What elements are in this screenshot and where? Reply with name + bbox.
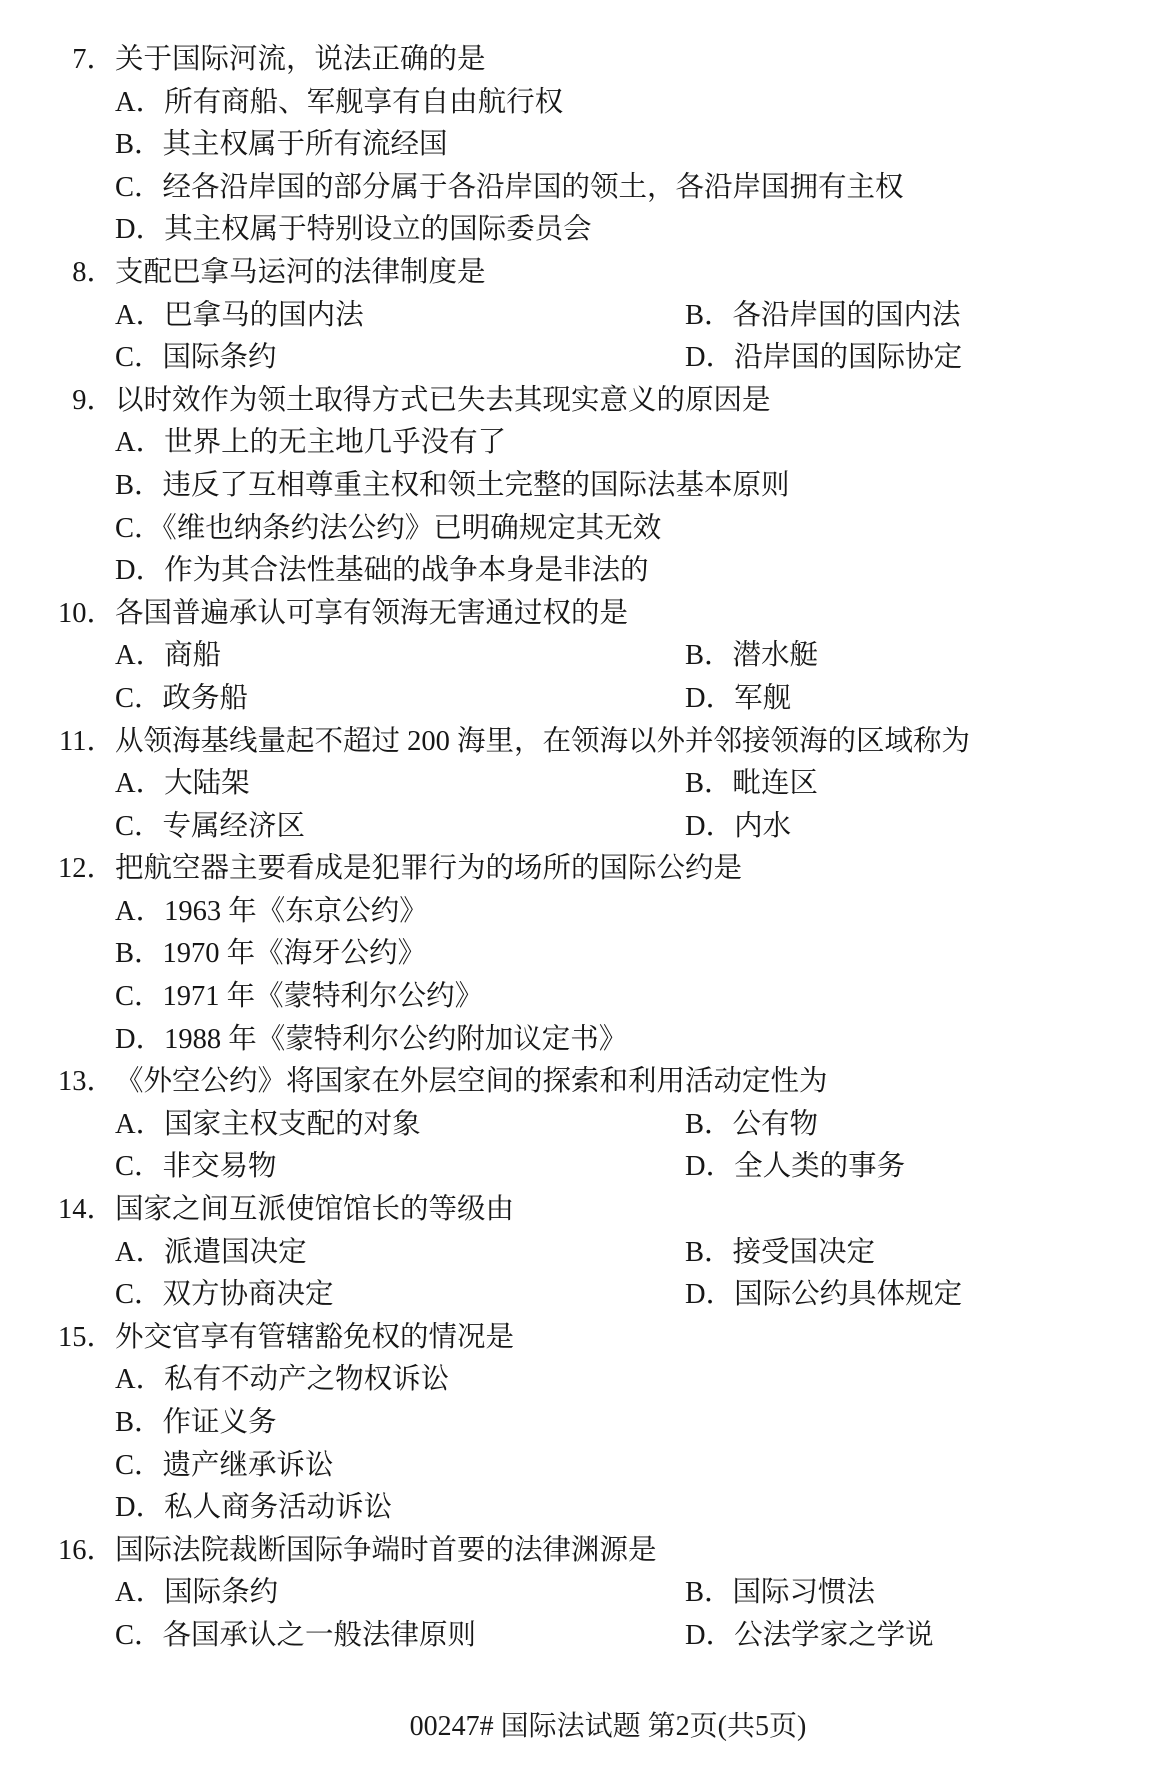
option-text: 1970 年《海牙公约》 — [163, 938, 427, 969]
q12-stem-row: 12．把航空器主要看成是犯罪行为的场所的国际公约是 — [0, 848, 1152, 891]
q8-option-row-ab: A．巴拿马的国内法B．各沿岸国的国内法 — [0, 295, 1152, 338]
exam-page: 7．关于国际河流，说法正确的是 A．所有商船、军舰享有自由航行权 B．其主权属于… — [0, 0, 1152, 1783]
option-label: A． — [115, 640, 164, 671]
option-text: 商船 — [164, 640, 221, 671]
option-text: 公法学家之学说 — [734, 1620, 934, 1651]
option-text: 沿岸国的国际协定 — [734, 342, 962, 373]
question-number: 16． — [0, 1530, 115, 1573]
question-stem: 国际法院裁断国际争端时首要的法律渊源是 — [115, 1535, 657, 1566]
option-label: A． — [115, 87, 164, 118]
option-text: 经各沿岸国的部分属于各沿岸国的领土，各沿岸国拥有主权 — [163, 172, 904, 203]
q7-option-a: A．所有商船、军舰享有自由航行权 — [0, 82, 1152, 125]
option-label: D． — [685, 1151, 734, 1182]
option-text: 所有商船、军舰享有自由航行权 — [164, 87, 563, 118]
option-label: C． — [115, 1450, 163, 1481]
option-label: B． — [685, 1577, 733, 1608]
question-stem: 支配巴拿马运河的法律制度是 — [115, 257, 486, 288]
option-label: B． — [115, 1407, 163, 1438]
option-text: 公有物 — [733, 1109, 819, 1140]
q8-option-c: C．国际条约 — [115, 337, 685, 380]
option-text: 国际条约 — [164, 1577, 278, 1608]
option-text: 大陆架 — [164, 768, 250, 799]
question-stem: 各国普遍承认可享有领海无害通过权的是 — [115, 598, 628, 629]
option-label: D． — [685, 342, 734, 373]
option-text: 1963 年《东京公约》 — [164, 896, 428, 927]
q16-option-d: D．公法学家之学说 — [685, 1615, 934, 1658]
q13-option-a: A．国家主权支配的对象 — [115, 1104, 685, 1147]
option-text: 其主权属于所有流经国 — [163, 129, 448, 160]
q11-option-a: A．大陆架 — [115, 763, 685, 806]
q10-option-b: B．潜水艇 — [685, 635, 818, 678]
question-stem: 《外空公约》将国家在外层空间的探索和利用活动定性为 — [115, 1066, 828, 1097]
option-label: D． — [115, 1024, 164, 1055]
q10-option-row-ab: A．商船B．潜水艇 — [0, 635, 1152, 678]
option-text: 违反了互相尊重主权和领土完整的国际法基本原则 — [163, 470, 790, 501]
option-label: C． — [115, 981, 163, 1012]
q9-option-d: D．作为其合法性基础的战争本身是非法的 — [0, 550, 1152, 593]
question-number: 7． — [0, 39, 115, 82]
q12-option-b: B．1970 年《海牙公约》 — [0, 933, 1152, 976]
q11-option-b: B．毗连区 — [685, 763, 818, 806]
option-text: 1971 年《蒙特利尔公约》 — [163, 981, 484, 1012]
option-label: B． — [115, 938, 163, 969]
q10-stem-row: 10．各国普遍承认可享有领海无害通过权的是 — [0, 593, 1152, 636]
option-label: A． — [115, 1577, 164, 1608]
q8-stem-row: 8．支配巴拿马运河的法律制度是 — [0, 252, 1152, 295]
q12-option-c: C．1971 年《蒙特利尔公约》 — [0, 976, 1152, 1019]
q10-option-a: A．商船 — [115, 635, 685, 678]
option-label: B． — [685, 300, 733, 331]
option-label: A． — [115, 427, 164, 458]
option-label: B． — [685, 640, 733, 671]
q13-option-d: D．全人类的事务 — [685, 1146, 905, 1189]
q16-option-row-ab: A．国际条约B．国际习惯法 — [0, 1572, 1152, 1615]
page-footer: 00247# 国际法试题 第2页(共5页) — [64, 1705, 1152, 1749]
q16-stem-row: 16．国际法院裁断国际争端时首要的法律渊源是 — [0, 1530, 1152, 1573]
q14-option-d: D．国际公约具体规定 — [685, 1274, 962, 1317]
option-text: 毗连区 — [733, 768, 819, 799]
option-label: B． — [685, 768, 733, 799]
option-text: 遗产继承诉讼 — [163, 1450, 334, 1481]
question-stem: 以时效作为领土取得方式已失去其现实意义的原因是 — [115, 385, 771, 416]
option-label: B． — [115, 129, 163, 160]
q12-option-a: A．1963 年《东京公约》 — [0, 891, 1152, 934]
option-label: D． — [685, 811, 734, 842]
question-number: 10． — [0, 593, 115, 636]
q13-option-row-cd: C．非交易物D．全人类的事务 — [0, 1146, 1152, 1189]
q11-option-row-ab: A．大陆架B．毗连区 — [0, 763, 1152, 806]
option-label: A． — [115, 300, 164, 331]
q14-option-row-ab: A．派遣国决定B．接受国决定 — [0, 1232, 1152, 1275]
q10-option-row-cd: C．政务船D．军舰 — [0, 678, 1152, 721]
q7-option-b: B．其主权属于所有流经国 — [0, 124, 1152, 167]
option-text: 1988 年《蒙特利尔公约附加议定书》 — [164, 1024, 627, 1055]
q11-stem-row: 11．从领海基线量起不超过 200 海里，在领海以外并邻接领海的区域称为 — [0, 721, 1152, 764]
question-number: 8． — [0, 252, 115, 295]
option-label: C． — [115, 342, 163, 373]
question-stem: 外交官享有管辖豁免权的情况是 — [115, 1322, 514, 1353]
option-text: 各沿岸国的国内法 — [733, 300, 961, 331]
q15-option-c: C．遗产继承诉讼 — [0, 1445, 1152, 1488]
q11-option-d: D．内水 — [685, 806, 791, 849]
option-label: A． — [115, 896, 164, 927]
option-label: C． — [115, 1151, 163, 1182]
option-text: 作为其合法性基础的战争本身是非法的 — [164, 555, 649, 586]
option-label: B． — [685, 1109, 733, 1140]
option-text: 世界上的无主地几乎没有了 — [164, 427, 506, 458]
option-text: 私人商务活动诉讼 — [164, 1492, 392, 1523]
option-text: 《维也纳条约法公约》已明确规定其无效 — [163, 513, 662, 544]
question-number: 14． — [0, 1189, 115, 1232]
q8-option-d: D．沿岸国的国际协定 — [685, 337, 962, 380]
q14-option-row-cd: C．双方协商决定D．国际公约具体规定 — [0, 1274, 1152, 1317]
q15-option-d: D．私人商务活动诉讼 — [0, 1487, 1152, 1530]
q14-option-b: B．接受国决定 — [685, 1232, 875, 1275]
q7-option-d: D．其主权属于特别设立的国际委员会 — [0, 209, 1152, 252]
q16-option-a: A．国际条约 — [115, 1572, 685, 1615]
option-label: B． — [115, 470, 163, 501]
question-stem: 把航空器主要看成是犯罪行为的场所的国际公约是 — [115, 853, 742, 884]
q7-option-c: C．经各沿岸国的部分属于各沿岸国的领土，各沿岸国拥有主权 — [0, 167, 1152, 210]
question-number: 9． — [0, 380, 115, 423]
question-stem: 国家之间互派使馆馆长的等级由 — [115, 1194, 514, 1225]
q16-option-row-cd: C．各国承认之一般法律原则D．公法学家之学说 — [0, 1615, 1152, 1658]
question-stem: 关于国际河流，说法正确的是 — [115, 44, 486, 75]
q12-option-d: D．1988 年《蒙特利尔公约附加议定书》 — [0, 1019, 1152, 1062]
question-number: 13． — [0, 1061, 115, 1104]
q15-option-b: B．作证义务 — [0, 1402, 1152, 1445]
option-text: 双方协商决定 — [163, 1279, 334, 1310]
option-text: 全人类的事务 — [734, 1151, 905, 1182]
option-text: 其主权属于特别设立的国际委员会 — [164, 214, 592, 245]
q14-option-c: C．双方协商决定 — [115, 1274, 685, 1317]
option-text: 巴拿马的国内法 — [164, 300, 364, 331]
option-text: 内水 — [734, 811, 791, 842]
option-label: D． — [115, 1492, 164, 1523]
option-text: 各国承认之一般法律原则 — [163, 1620, 477, 1651]
q14-stem-row: 14．国家之间互派使馆馆长的等级由 — [0, 1189, 1152, 1232]
q16-option-b: B．国际习惯法 — [685, 1572, 875, 1615]
option-text: 国际条约 — [163, 342, 277, 373]
q8-option-row-cd: C．国际条约D．沿岸国的国际协定 — [0, 337, 1152, 380]
option-text: 专属经济区 — [163, 811, 306, 842]
option-label: A． — [115, 1364, 164, 1395]
option-text: 派遣国决定 — [164, 1237, 307, 1268]
option-label: C． — [115, 683, 163, 714]
option-text: 国际习惯法 — [733, 1577, 876, 1608]
q13-stem-row: 13．《外空公约》将国家在外层空间的探索和利用活动定性为 — [0, 1061, 1152, 1104]
option-label: C． — [115, 1620, 163, 1651]
question-number: 12． — [0, 848, 115, 891]
option-label: A． — [115, 1109, 164, 1140]
q14-option-a: A．派遣国决定 — [115, 1232, 685, 1275]
option-text: 潜水艇 — [733, 640, 819, 671]
q15-option-a: A．私有不动产之物权诉讼 — [0, 1359, 1152, 1402]
option-label: B． — [685, 1237, 733, 1268]
option-label: D． — [685, 683, 734, 714]
q8-option-b: B．各沿岸国的国内法 — [685, 295, 961, 338]
q11-option-c: C．专属经济区 — [115, 806, 685, 849]
q16-option-c: C．各国承认之一般法律原则 — [115, 1615, 685, 1658]
option-label: C． — [115, 172, 163, 203]
option-text: 军舰 — [734, 683, 791, 714]
option-label: A． — [115, 768, 164, 799]
q9-option-c: C．《维也纳条约法公约》已明确规定其无效 — [0, 508, 1152, 551]
option-text: 政务船 — [163, 683, 249, 714]
q10-option-c: C．政务船 — [115, 678, 685, 721]
option-label: D． — [115, 214, 164, 245]
option-text: 接受国决定 — [733, 1237, 876, 1268]
option-text: 国际公约具体规定 — [734, 1279, 962, 1310]
question-number: 15． — [0, 1317, 115, 1360]
q8-option-a: A．巴拿马的国内法 — [115, 295, 685, 338]
option-label: C． — [115, 513, 163, 544]
option-label: C． — [115, 1279, 163, 1310]
option-label: C． — [115, 811, 163, 842]
q10-option-d: D．军舰 — [685, 678, 791, 721]
q9-stem-row: 9．以时效作为领土取得方式已失去其现实意义的原因是 — [0, 380, 1152, 423]
q9-option-b: B．违反了互相尊重主权和领土完整的国际法基本原则 — [0, 465, 1152, 508]
q13-option-b: B．公有物 — [685, 1104, 818, 1147]
option-label: A． — [115, 1237, 164, 1268]
option-text: 私有不动产之物权诉讼 — [164, 1364, 449, 1395]
question-list: 7．关于国际河流，说法正确的是 A．所有商船、军舰享有自由航行权 B．其主权属于… — [0, 39, 1152, 1658]
option-text: 国家主权支配的对象 — [164, 1109, 421, 1140]
option-text: 作证义务 — [163, 1407, 277, 1438]
option-label: D． — [115, 555, 164, 586]
q9-option-a: A．世界上的无主地几乎没有了 — [0, 422, 1152, 465]
question-number: 11． — [0, 721, 115, 764]
option-label: D． — [685, 1279, 734, 1310]
question-stem: 从领海基线量起不超过 200 海里，在领海以外并邻接领海的区域称为 — [115, 726, 970, 757]
q7-stem-row: 7．关于国际河流，说法正确的是 — [0, 39, 1152, 82]
q11-option-row-cd: C．专属经济区D．内水 — [0, 806, 1152, 849]
option-text: 非交易物 — [163, 1151, 277, 1182]
q13-option-row-ab: A．国家主权支配的对象B．公有物 — [0, 1104, 1152, 1147]
option-label: D． — [685, 1620, 734, 1651]
q13-option-c: C．非交易物 — [115, 1146, 685, 1189]
q15-stem-row: 15．外交官享有管辖豁免权的情况是 — [0, 1317, 1152, 1360]
